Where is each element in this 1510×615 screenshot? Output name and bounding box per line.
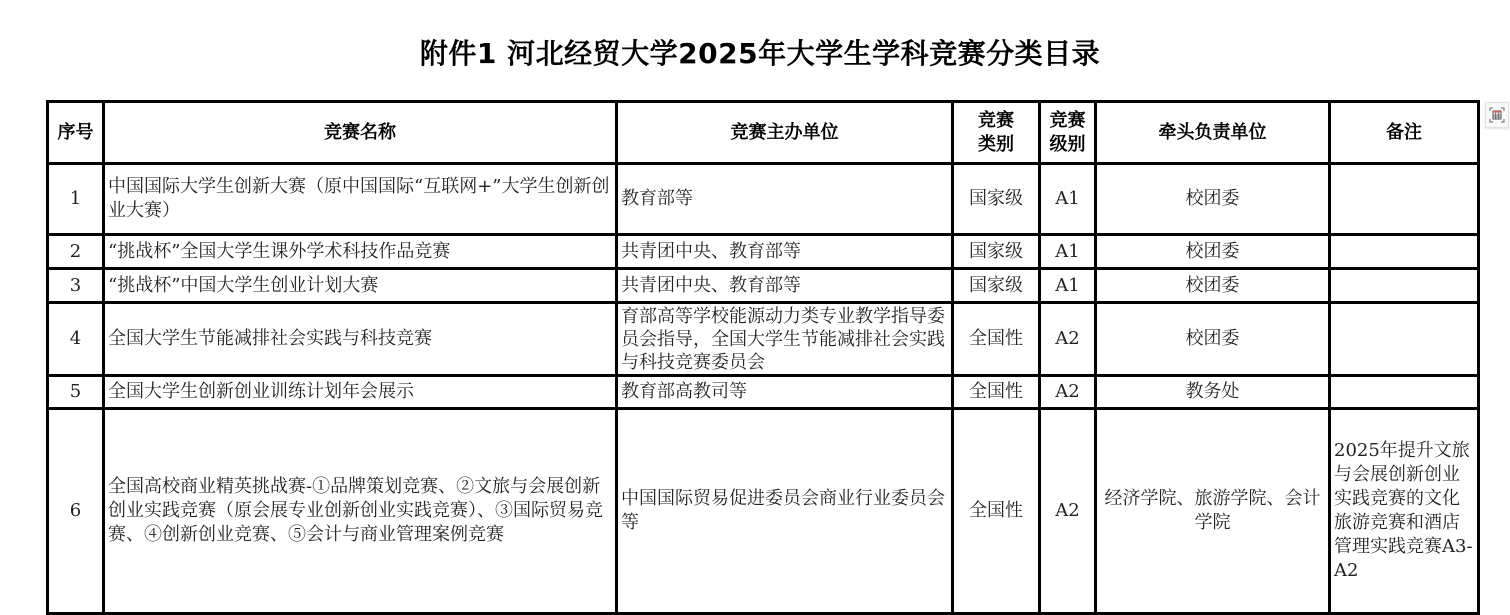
cell-category: 国家级 [953, 269, 1040, 303]
header-name: 竞赛名称 [104, 102, 617, 164]
cell-lead-unit: 校团委 [1096, 269, 1330, 303]
table-row: 3 “挑战杯”中国大学生创业计划大赛 共青团中央、教育部等 国家级 A1 校团委 [48, 269, 1479, 303]
cell-lead-unit: 经济学院、旅游学院、会计学院 [1096, 409, 1330, 614]
cell-lead-unit: 校团委 [1096, 235, 1330, 269]
header-index: 序号 [48, 102, 104, 164]
cell-lead-unit: 校团委 [1096, 303, 1330, 376]
document-title: 附件1 河北经贸大学2025年大学生学科竞赛分类目录 [0, 34, 1510, 74]
header-lead-unit: 牵头负责单位 [1096, 102, 1330, 164]
header-notes: 备注 [1330, 102, 1479, 164]
cell-organizer: 共青团中央、教育部等 [617, 269, 953, 303]
cell-name: 全国大学生创新创业训练计划年会展示 [104, 376, 617, 409]
header-category-line2: 类别 [957, 133, 1035, 157]
header-level-line1: 竞赛 [1044, 109, 1091, 133]
table-row: 6 全国高校商业精英挑战赛-①品牌策划竞赛、②文旅与会展创新创业实践竞赛（原会展… [48, 409, 1479, 614]
header-level-line2: 级别 [1044, 133, 1091, 157]
cell-lead-unit: 校团委 [1096, 164, 1330, 235]
cell-notes [1330, 376, 1479, 409]
header-category: 竞赛 类别 [953, 102, 1040, 164]
cell-level: A2 [1040, 409, 1096, 614]
cell-index: 6 [48, 409, 104, 614]
cell-category: 国家级 [953, 235, 1040, 269]
cell-level: A1 [1040, 235, 1096, 269]
table-extract-button[interactable] [1485, 102, 1509, 128]
cell-category: 国家级 [953, 164, 1040, 235]
table-row: 2 “挑战杯”全国大学生课外学术科技作品竞赛 共青团中央、教育部等 国家级 A1… [48, 235, 1479, 269]
cell-category: 全国性 [953, 409, 1040, 614]
cell-notes: 2025年提升文旅与会展创新创业实践竞赛的文化旅游竞赛和酒店管理实践竞赛A3-A… [1330, 409, 1479, 614]
cell-name: 全国大学生节能减排社会实践与科技竞赛 [104, 303, 617, 376]
header-organizer: 竞赛主办单位 [617, 102, 953, 164]
cell-notes [1330, 269, 1479, 303]
header-category-line1: 竞赛 [957, 109, 1035, 133]
cell-level: A1 [1040, 164, 1096, 235]
table-row: 4 全国大学生节能减排社会实践与科技竞赛 育部高等学校能源动力类专业教学指导委员… [48, 303, 1479, 376]
cell-index: 5 [48, 376, 104, 409]
cell-index: 3 [48, 269, 104, 303]
cell-organizer: 教育部高教司等 [617, 376, 953, 409]
table-row: 5 全国大学生创新创业训练计划年会展示 教育部高教司等 全国性 A2 教务处 [48, 376, 1479, 409]
cell-index: 2 [48, 235, 104, 269]
cell-notes [1330, 164, 1479, 235]
header-level: 竞赛 级别 [1040, 102, 1096, 164]
cell-name: “挑战杯”中国大学生创业计划大赛 [104, 269, 617, 303]
cell-notes [1330, 303, 1479, 376]
cell-organizer: 教育部等 [617, 164, 953, 235]
cell-notes [1330, 235, 1479, 269]
cell-index: 1 [48, 164, 104, 235]
cell-level: A2 [1040, 376, 1096, 409]
cell-name: “挑战杯”全国大学生课外学术科技作品竞赛 [104, 235, 617, 269]
cell-level: A1 [1040, 269, 1096, 303]
table-extract-icon [1489, 107, 1505, 123]
cell-name: 中国国际大学生创新大赛（原中国国际“互联网+”大学生创新创业大赛） [104, 164, 617, 235]
cell-organizer: 共青团中央、教育部等 [617, 235, 953, 269]
cell-lead-unit: 教务处 [1096, 376, 1330, 409]
table-row: 1 中国国际大学生创新大赛（原中国国际“互联网+”大学生创新创业大赛） 教育部等… [48, 164, 1479, 235]
cell-organizer: 育部高等学校能源动力类专业教学指导委员会指导，全国大学生节能减排社会实践与科技竞… [617, 303, 953, 376]
cell-category: 全国性 [953, 376, 1040, 409]
cell-organizer: 中国国际贸易促进委员会商业行业委员会等 [617, 409, 953, 614]
competition-catalog-table: 序号 竞赛名称 竞赛主办单位 竞赛 类别 竞赛 级别 牵头负责单位 备注 1 中… [46, 100, 1480, 615]
cell-category: 全国性 [953, 303, 1040, 376]
cell-index: 4 [48, 303, 104, 376]
header-row: 序号 竞赛名称 竞赛主办单位 竞赛 类别 竞赛 级别 牵头负责单位 备注 [48, 102, 1479, 164]
cell-name: 全国高校商业精英挑战赛-①品牌策划竞赛、②文旅与会展创新创业实践竞赛（原会展专业… [104, 409, 617, 614]
cell-level: A2 [1040, 303, 1096, 376]
